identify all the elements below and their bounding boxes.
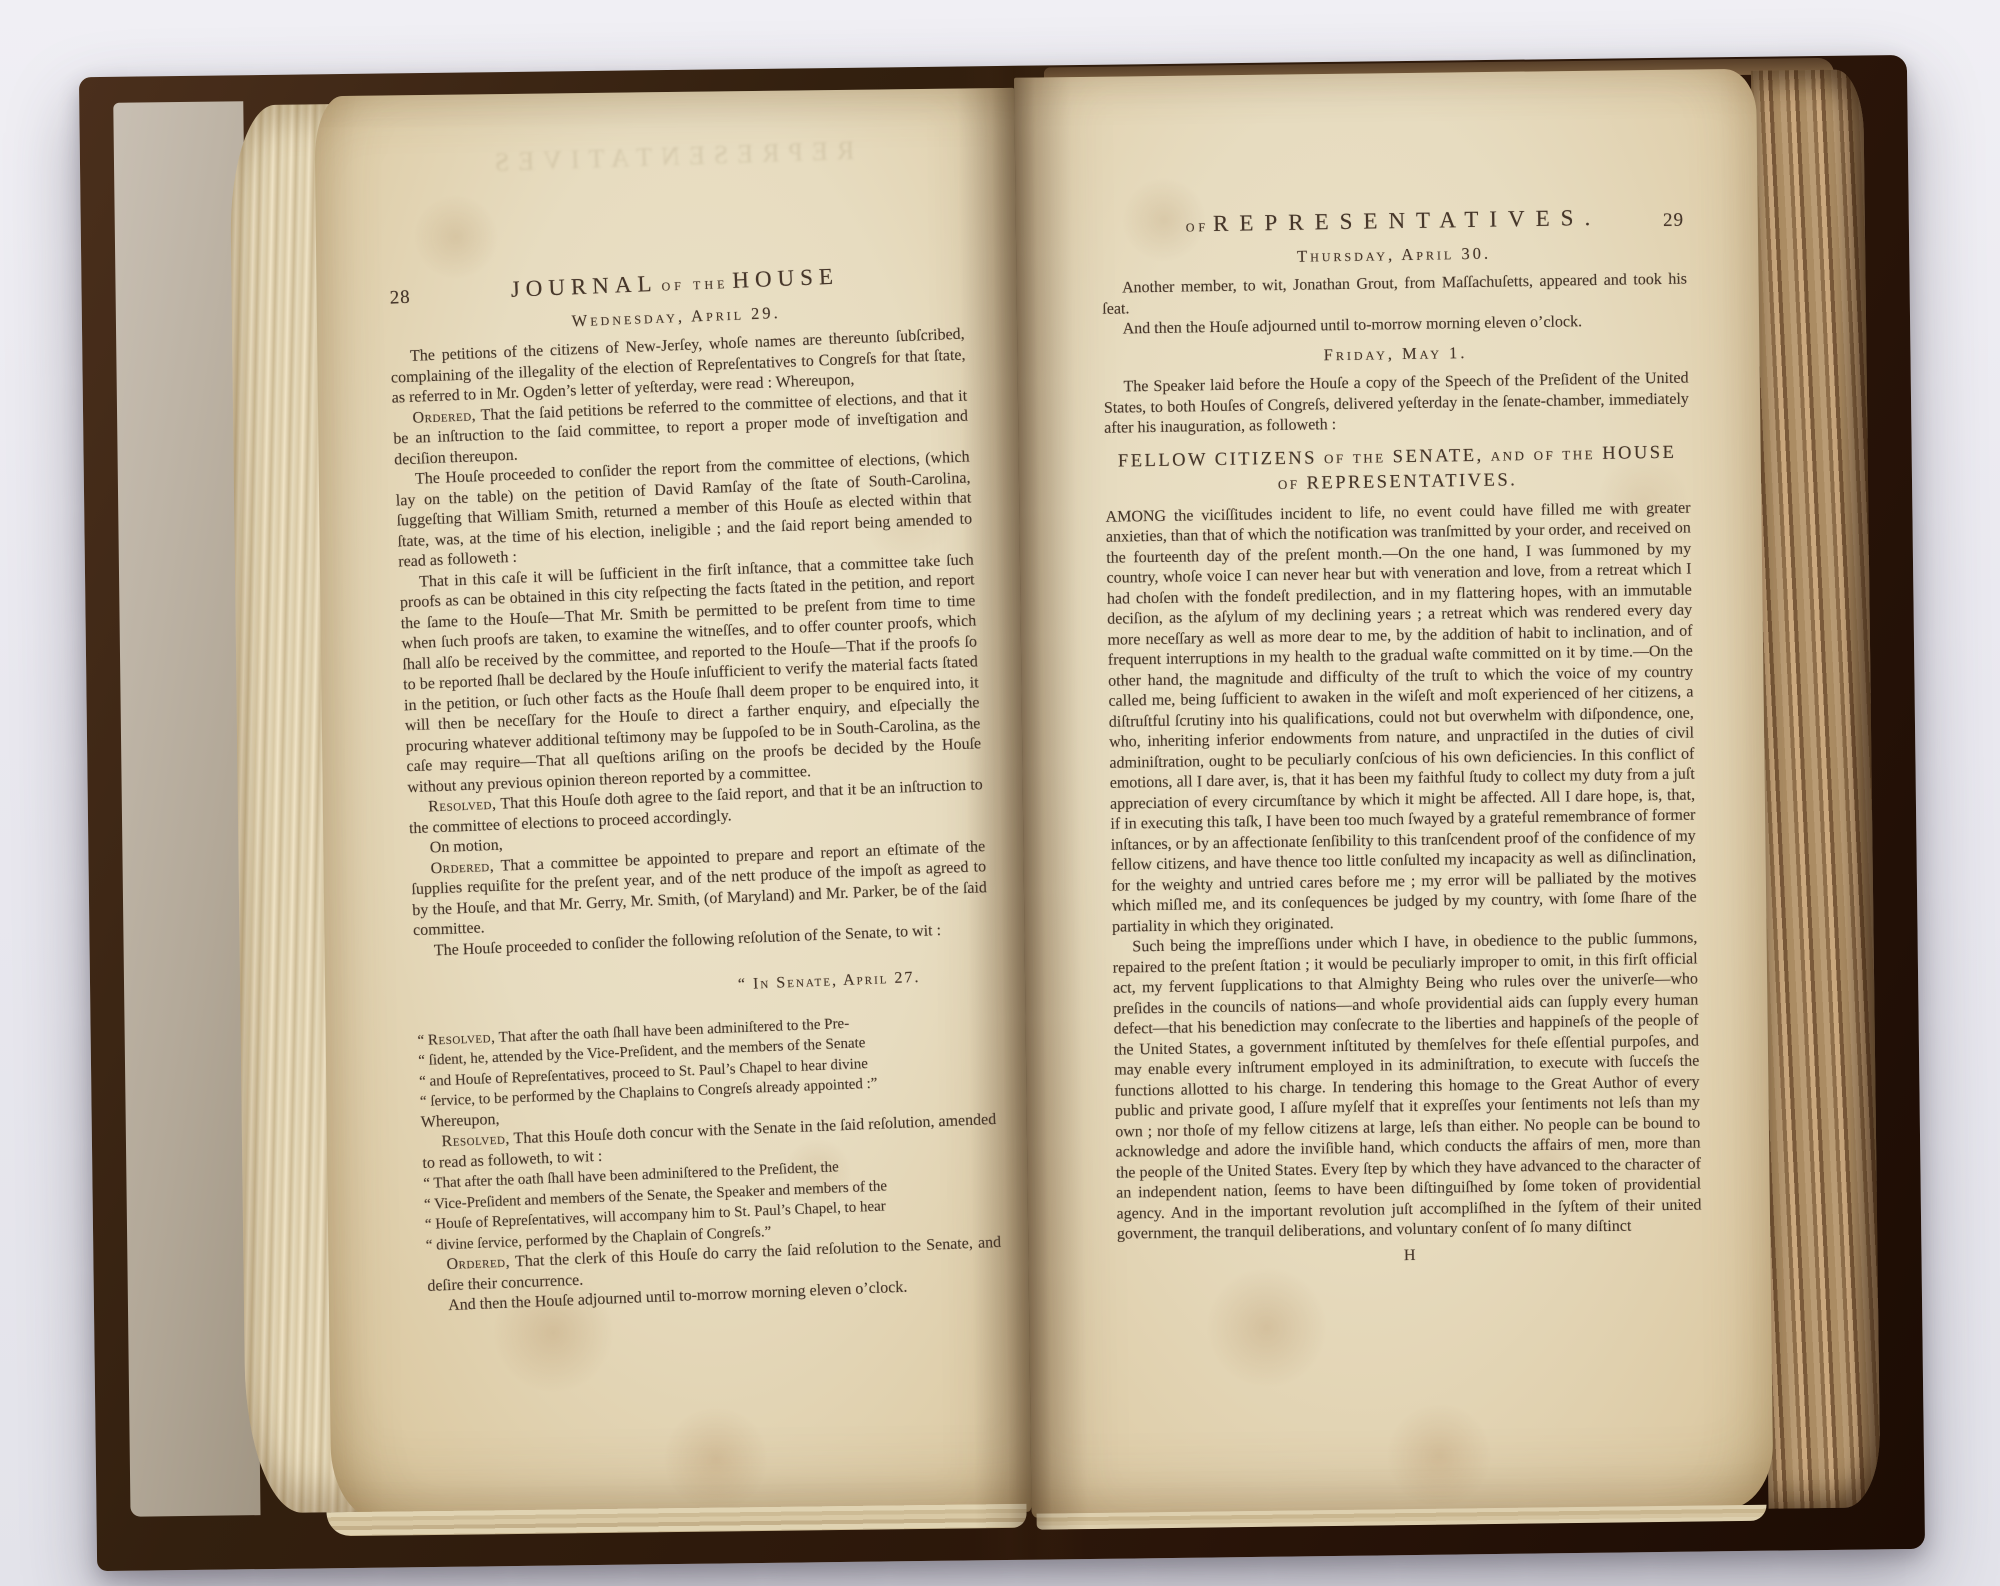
small-caps-word: Ordered, [412, 407, 476, 427]
speech-paragraph: Such being the impreſſions under which I… [1112, 928, 1702, 1245]
paragraph-text: That in this caſe it will be ſufficient … [400, 551, 982, 796]
paragraph-text: AMONG the viciſſitudes incident to life,… [1105, 499, 1696, 935]
speech-salutation: FELLOW CITIZENS of the SENATE, and of th… [1105, 440, 1691, 499]
small-caps-word: Resolved, [441, 1130, 510, 1150]
running-head-word: of [1186, 216, 1210, 235]
running-head-word: HOUSE [732, 264, 840, 293]
right-page-text: of REPRESENTATIVES.29 Thursday, April 30… [1101, 207, 1702, 1271]
small-caps-word: Resolved, [428, 796, 497, 816]
book-cover: REPRESENTATIVES 28JOURNAL of the HOUSE W… [79, 55, 1925, 1571]
paragraph-text: The Speaker laid before the Houſe a copy… [1104, 370, 1689, 437]
page-number-right: 29 [1663, 211, 1684, 232]
small-caps-word: Ordered, [430, 857, 494, 877]
running-head-word: REPRESENTATIVES. [1213, 205, 1602, 236]
small-caps-word: Ordered, [446, 1254, 510, 1274]
speech-paragraph: AMONG the viciſſitudes incident to life,… [1105, 498, 1697, 938]
paragraph-text: Such being the impreſſions under which I… [1113, 929, 1702, 1242]
paragraph: That in this caſe it will be ſufficient … [399, 550, 983, 798]
small-caps-word: Resolved, [428, 1029, 496, 1048]
paragraph: The Speaker laid before the Houſe a copy… [1103, 369, 1689, 440]
page-number-left: 28 [389, 288, 411, 309]
date-heading-april-30: Thursday, April 30. [1101, 240, 1686, 270]
left-page-text: 28JOURNAL of the HOUSE Wednesday, April … [387, 262, 1003, 1318]
paragraph-text: The Houſe proceeded to conſider the repo… [396, 448, 973, 570]
running-head-word: of the [661, 273, 729, 295]
paragraph-text: Another member, to wit, Jonathan Grout, … [1102, 271, 1687, 318]
running-head-word: JOURNAL [510, 271, 658, 302]
paragraph-text: Whereupon, [420, 1110, 499, 1130]
senate-resolution-heading: “ In Senate, April 27. [415, 965, 990, 1009]
paragraph-text: On motion, [429, 837, 503, 857]
date-heading-may-1: Friday, May 1. [1103, 339, 1688, 369]
photo-background: REPRESENTATIVES 28JOURNAL of the HOUSE W… [0, 0, 2000, 1586]
